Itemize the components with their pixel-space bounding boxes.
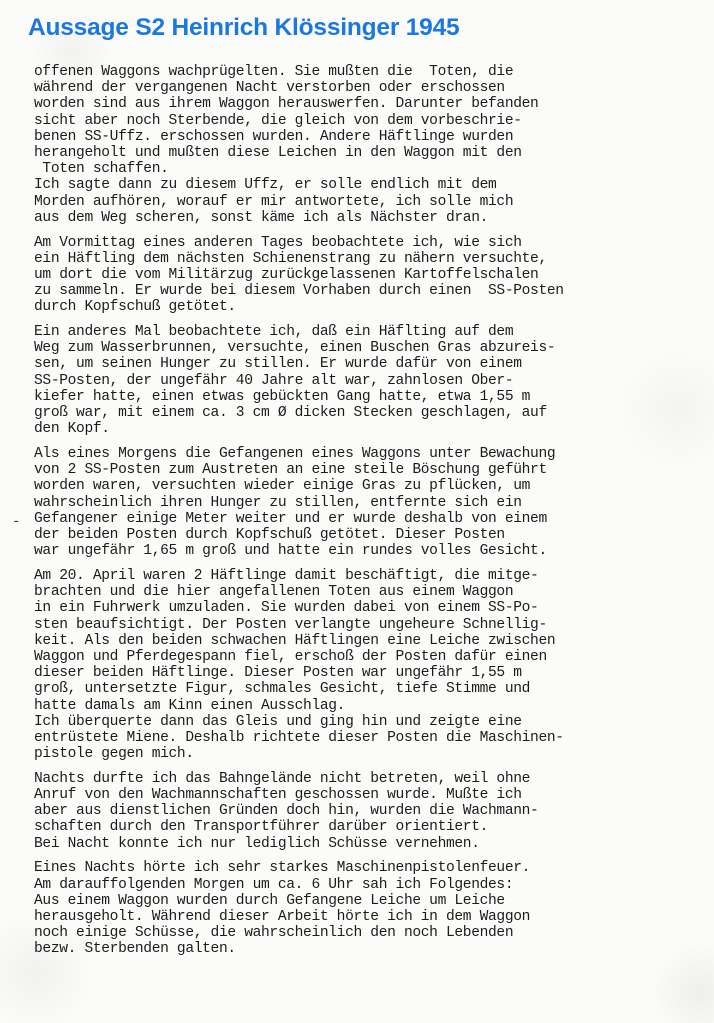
text-line: Am 20. April waren 2 Häftlinge damit bes… bbox=[34, 568, 714, 584]
text-line: hatte damals am Kinn einen Ausschlag. bbox=[34, 698, 714, 714]
text-line: von 2 SS-Posten zum Austreten an eine st… bbox=[34, 462, 714, 478]
text-line: brachten und die hier angefallenen Toten… bbox=[34, 584, 714, 600]
text-line: groß, untersetzte Figur, schmales Gesich… bbox=[34, 681, 714, 697]
paragraph: Eines Nachts hörte ich sehr starkes Masc… bbox=[34, 860, 714, 957]
text-line: der beiden Posten durch Kopfschuß getöte… bbox=[34, 527, 714, 543]
typewritten-statement: offenen Waggons wachprügelten. Sie mußte… bbox=[34, 64, 714, 966]
text-line: sten beaufsichtigt. Der Posten verlangte… bbox=[34, 617, 714, 633]
paragraph: Am Vormittag eines anderen Tages beobach… bbox=[34, 235, 714, 316]
text-line: zu sammeln. Er wurde bei diesem Vorhaben… bbox=[34, 283, 714, 299]
text-line: Toten schaffen. bbox=[34, 161, 714, 177]
text-line: Am Vormittag eines anderen Tages beobach… bbox=[34, 235, 714, 251]
text-line: Ich überquerte dann das Gleis und ging h… bbox=[34, 714, 714, 730]
text-line: Aus einem Waggon wurden durch Gefangene … bbox=[34, 893, 714, 909]
text-line: Anruf von den Wachmannschaften geschosse… bbox=[34, 787, 714, 803]
margin-mark: - bbox=[12, 514, 20, 530]
text-line: sen, um seinen Hunger zu stillen. Er wur… bbox=[34, 356, 714, 372]
text-line: Weg zum Wasserbrunnen, versuchte, einen … bbox=[34, 340, 714, 356]
text-line: sicht aber noch Sterbende, die gleich vo… bbox=[34, 113, 714, 129]
text-line: durch Kopfschuß getötet. bbox=[34, 299, 714, 315]
text-line: um dort die vom Militärzug zurückgelasse… bbox=[34, 267, 714, 283]
paragraph: Als eines Morgens die Gefangenen eines W… bbox=[34, 446, 714, 559]
text-line: Morden aufhören, worauf er mir antwortet… bbox=[34, 194, 714, 210]
text-line: aus dem Weg scheren, sonst käme ich als … bbox=[34, 210, 714, 226]
text-line: kiefer hatte, einen etwas gebückten Gang… bbox=[34, 389, 714, 405]
document-title: Aussage S2 Heinrich Klössinger 1945 bbox=[28, 14, 459, 42]
text-line: noch einige Schüsse, die wahrscheinlich … bbox=[34, 925, 714, 941]
text-line: Eines Nachts hörte ich sehr starkes Masc… bbox=[34, 860, 714, 876]
text-line: pistole gegen mich. bbox=[34, 746, 714, 762]
text-line: ein Häftling dem nächsten Schienenstrang… bbox=[34, 251, 714, 267]
text-line: wahrscheinlich ihren Hunger zu stillen, … bbox=[34, 495, 714, 511]
text-line: Als eines Morgens die Gefangenen eines W… bbox=[34, 446, 714, 462]
paragraph: offenen Waggons wachprügelten. Sie mußte… bbox=[34, 64, 714, 226]
text-line: Bei Nacht konnte ich nur lediglich Schüs… bbox=[34, 836, 714, 852]
text-line: entrüstete Miene. Deshalb richtete diese… bbox=[34, 730, 714, 746]
text-line: aber aus dienstlichen Gründen doch hin, … bbox=[34, 803, 714, 819]
text-line: den Kopf. bbox=[34, 421, 714, 437]
text-line: offenen Waggons wachprügelten. Sie mußte… bbox=[34, 64, 714, 80]
text-line: worden sind aus ihrem Waggon herauswerfe… bbox=[34, 96, 714, 112]
text-line: Nachts durfte ich das Bahngelände nicht … bbox=[34, 771, 714, 787]
text-line: Ein anderes Mal beobachtete ich, daß ein… bbox=[34, 324, 714, 340]
text-line: herangeholt und mußten diese Leichen in … bbox=[34, 145, 714, 161]
text-line: in ein Fuhrwerk umzuladen. Sie wurden da… bbox=[34, 600, 714, 616]
paragraph: Ein anderes Mal beobachtete ich, daß ein… bbox=[34, 324, 714, 437]
text-line: Ich sagte dann zu diesem Uffz, er solle … bbox=[34, 177, 714, 193]
text-line: schaften durch den Transportführer darüb… bbox=[34, 819, 714, 835]
text-line: Waggon und Pferdegespann fiel, erschoß d… bbox=[34, 649, 714, 665]
text-line: herausgeholt. Während dieser Arbeit hört… bbox=[34, 909, 714, 925]
document-page: Aussage S2 Heinrich Klössinger 1945 offe… bbox=[0, 0, 714, 1023]
text-line: groß war, mit einem ca. 3 cm Ø dicken St… bbox=[34, 405, 714, 421]
paragraph: Nachts durfte ich das Bahngelände nicht … bbox=[34, 771, 714, 852]
paragraph: Am 20. April waren 2 Häftlinge damit bes… bbox=[34, 568, 714, 762]
text-line: während der vergangenen Nacht verstorben… bbox=[34, 80, 714, 96]
text-line: worden waren, versuchten wieder einige G… bbox=[34, 478, 714, 494]
text-line: Am darauffolgenden Morgen um ca. 6 Uhr s… bbox=[34, 877, 714, 893]
text-line: war ungefähr 1,65 m groß und hatte ein r… bbox=[34, 543, 714, 559]
text-line: Gefangener einige Meter weiter und er wu… bbox=[34, 511, 714, 527]
text-line: bezw. Sterbenden galten. bbox=[34, 941, 714, 957]
text-line: keit. Als den beiden schwachen Häftlinge… bbox=[34, 633, 714, 649]
text-line: benen SS-Uffz. erschossen wurden. Andere… bbox=[34, 129, 714, 145]
text-line: dieser beiden Häftlinge. Dieser Posten w… bbox=[34, 665, 714, 681]
text-line: SS-Posten, der ungefähr 40 Jahre alt war… bbox=[34, 373, 714, 389]
